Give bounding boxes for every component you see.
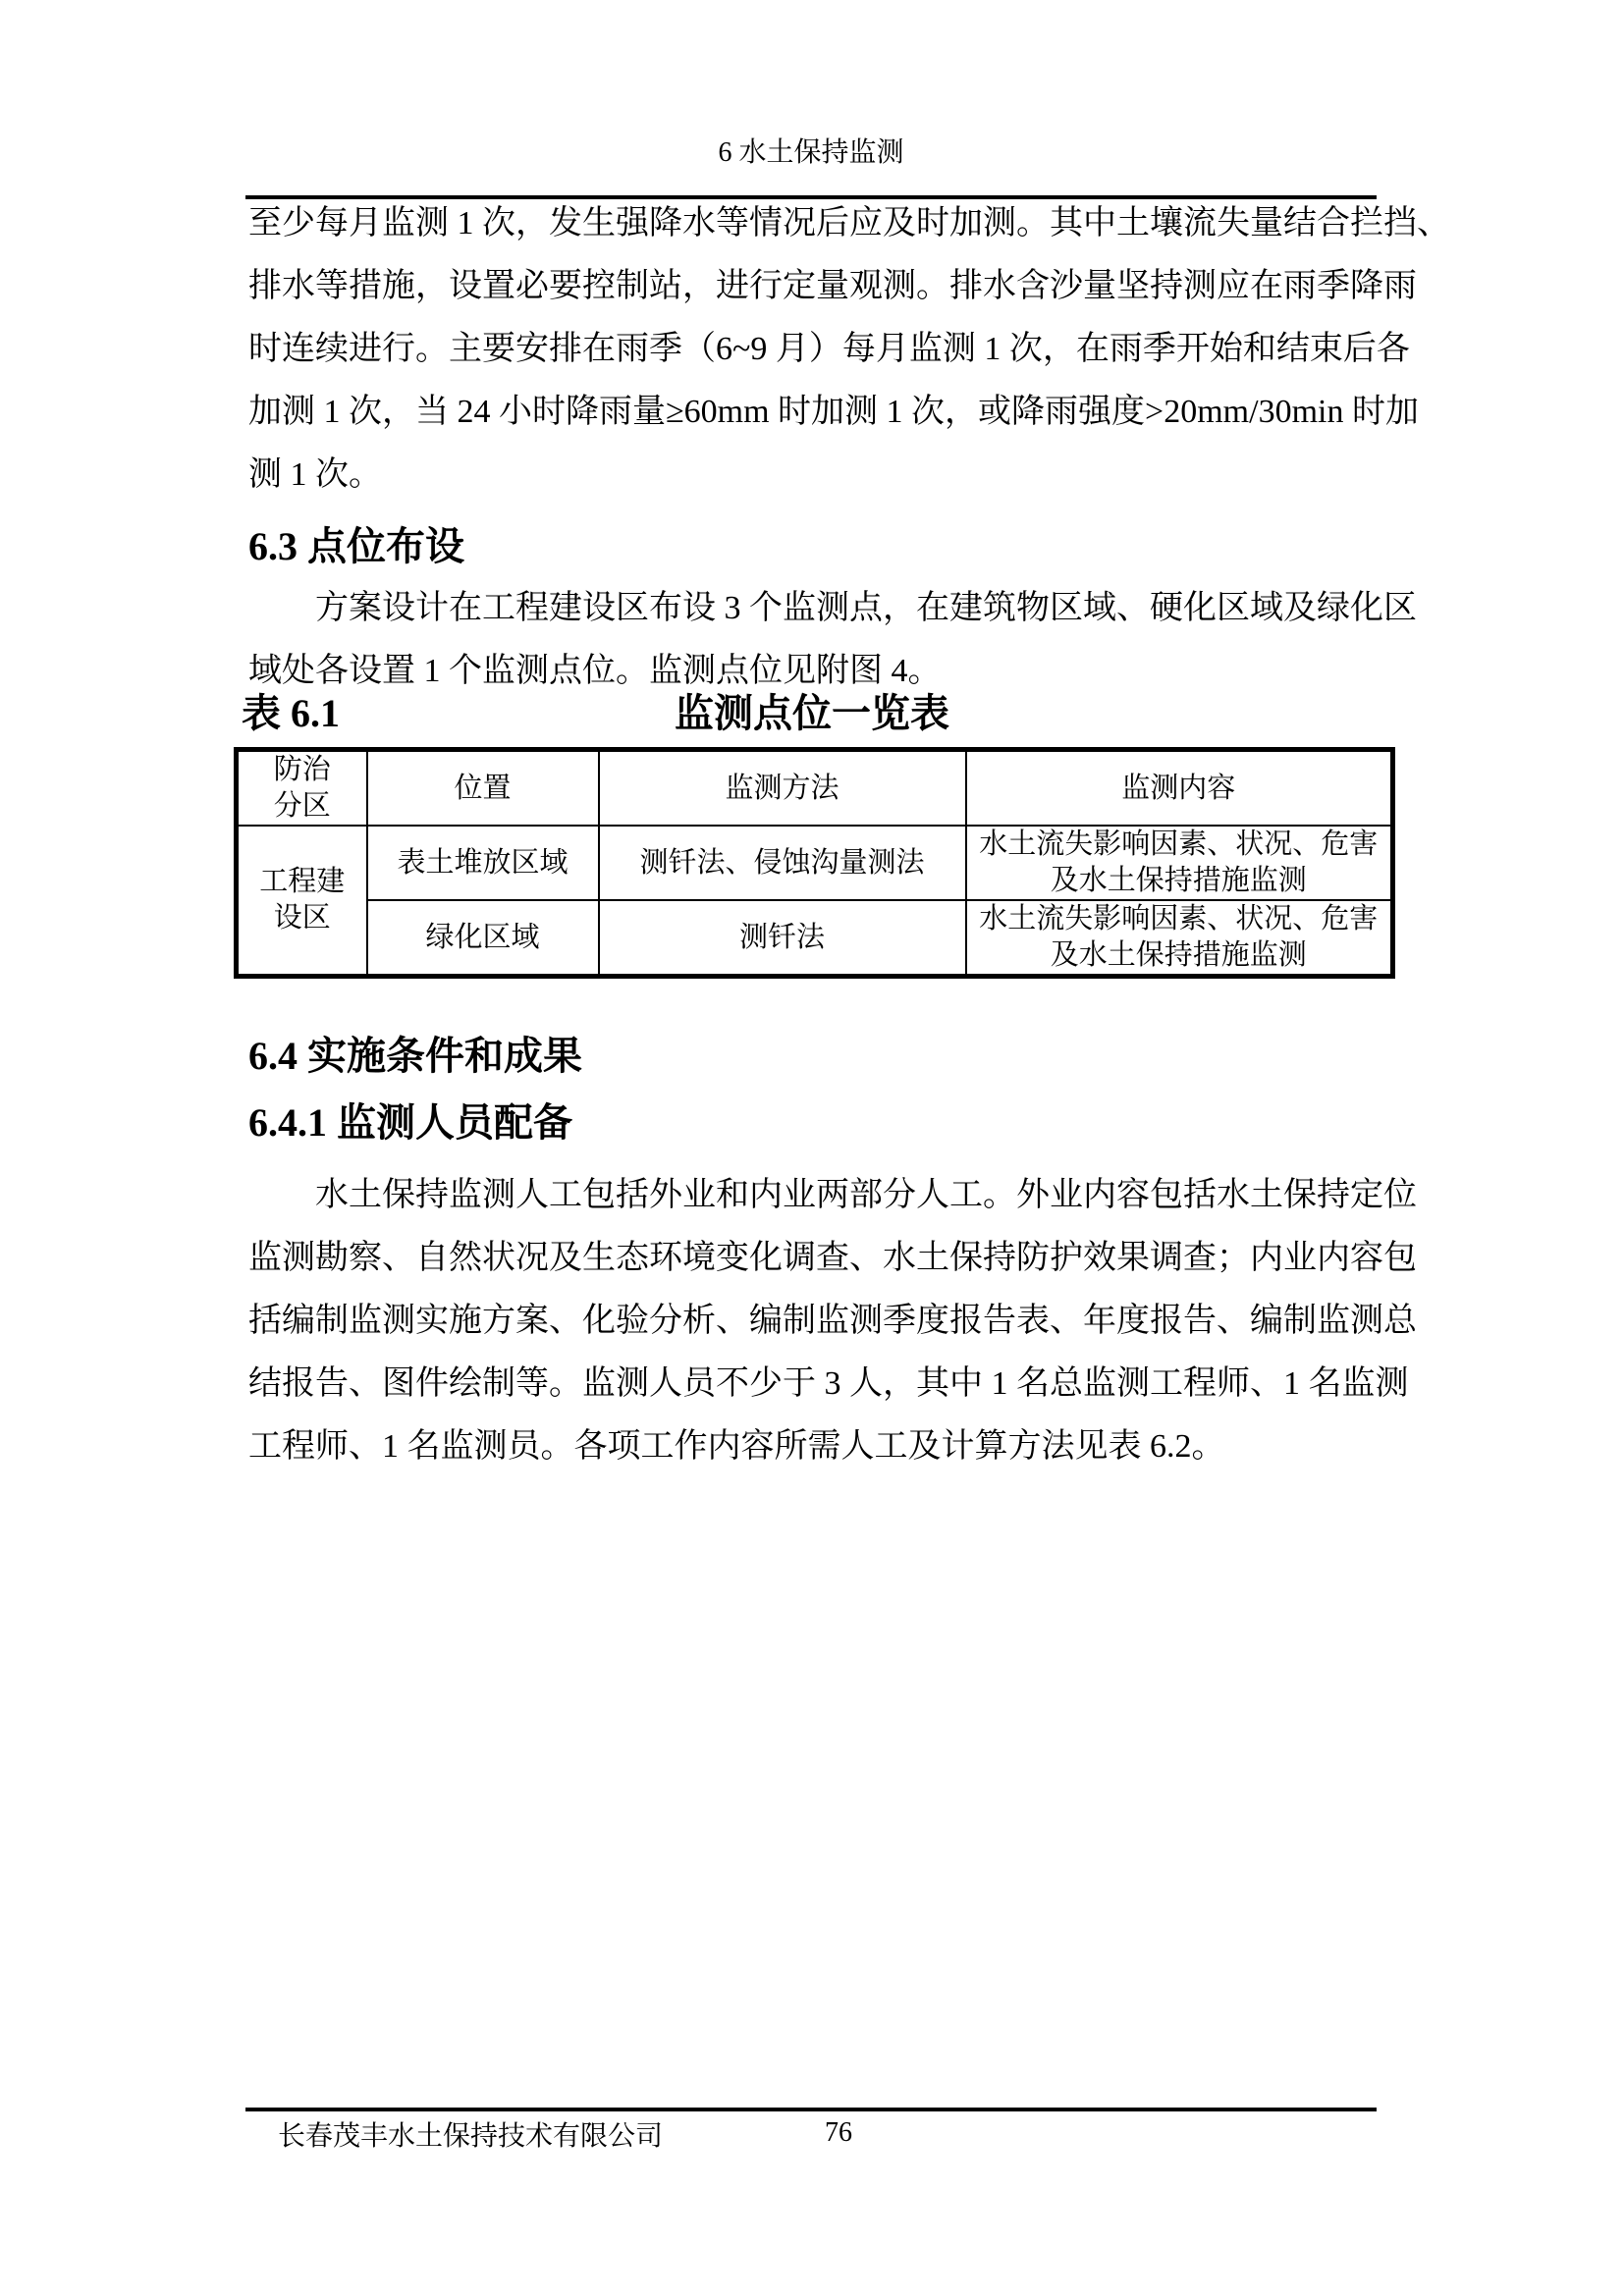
col-header-method: 监测方法 bbox=[599, 750, 966, 827]
text-line: 括编制监测实施方案、化验分析、编制监测季度报告表、年度报告、编制监测总 bbox=[248, 1290, 1375, 1353]
section-heading-6-4: 6.4 实施条件和成果 bbox=[248, 1033, 582, 1080]
col-header-zone: 防治 分区 bbox=[237, 750, 367, 827]
text-line: 监测勘察、自然状况及生态环境变化调查、水土保持防护效果调查；内业内容包 bbox=[248, 1227, 1375, 1290]
text-line: 至少每月监测 1 次，发生强降水等情况后应及时加测。其中土壤流失量结合拦挡、 bbox=[248, 192, 1375, 255]
text-line: 方案设计在工程建设区布设 3 个监测点，在建筑物区域、硬化区域及绿化区 bbox=[248, 577, 1375, 640]
monitoring-points-table: 防治 分区 位置 监测方法 监测内容 工程建 设区 表土堆放区域 测钎法、侵蚀沟… bbox=[234, 747, 1395, 979]
cell-location: 表土堆放区域 bbox=[367, 826, 599, 900]
table-caption-title: 监测点位一览表 bbox=[234, 688, 1390, 739]
text-line: 工程师、1 名监测员。各项工作内容所需人工及计算方法见表 6.2。 bbox=[248, 1415, 1375, 1478]
table-caption: 表 6.1 监测点位一览表 bbox=[234, 688, 1390, 739]
text-line: 结报告、图件绘制等。监测人员不少于 3 人，其中 1 名总监测工程师、1 名监测 bbox=[248, 1353, 1375, 1415]
cell-content: 水土流失影响因素、状况、危害 及水土保持措施监测 bbox=[966, 900, 1393, 977]
text-line: 排水等措施，设置必要控制站，进行定量观测。排水含沙量坚持测应在雨季降雨 bbox=[248, 255, 1375, 318]
footer-rule bbox=[245, 2108, 1377, 2111]
paragraph-point-layout: 方案设计在工程建设区布设 3 个监测点，在建筑物区域、硬化区域及绿化区 域处各设… bbox=[248, 577, 1375, 703]
footer-company-name: 长春茂丰水土保持技术有限公司 bbox=[278, 2117, 663, 2157]
text-line: 加测 1 次，当 24 小时降雨量≥60mm 时加测 1 次，或降雨强度>20m… bbox=[248, 381, 1375, 444]
page-number: 76 bbox=[825, 2113, 852, 2153]
cell-method: 测钎法、侵蚀沟量测法 bbox=[599, 826, 966, 900]
table-header-row: 防治 分区 位置 监测方法 监测内容 bbox=[237, 750, 1393, 827]
cell-content: 水土流失影响因素、状况、危害 及水土保持措施监测 bbox=[966, 826, 1393, 900]
section-heading-6-3: 6.3 点位布设 bbox=[248, 523, 464, 570]
cell-zone: 工程建 设区 bbox=[237, 826, 367, 977]
text-line: 测 1 次。 bbox=[248, 444, 1375, 507]
cell-method: 测钎法 bbox=[599, 900, 966, 977]
paragraph-personnel: 水土保持监测人工包括外业和内业两部分人工。外业内容包括水土保持定位 监测勘察、自… bbox=[248, 1164, 1375, 1478]
page-header-title: 6 水土保持监测 bbox=[245, 135, 1377, 171]
paragraph-monitoring-frequency: 至少每月监测 1 次，发生强降水等情况后应及时加测。其中土壤流失量结合拦挡、 排… bbox=[248, 192, 1375, 507]
table-row: 工程建 设区 表土堆放区域 测钎法、侵蚀沟量测法 水土流失影响因素、状况、危害 … bbox=[237, 826, 1393, 900]
text-line: 时连续进行。主要安排在雨季（6~9 月）每月监测 1 次，在雨季开始和结束后各 bbox=[248, 318, 1375, 381]
section-heading-6-4-1: 6.4.1 监测人员配备 bbox=[248, 1099, 572, 1147]
table-row: 绿化区域 测钎法 水土流失影响因素、状况、危害 及水土保持措施监测 bbox=[237, 900, 1393, 977]
document-page: 6 水土保持监测 至少每月监测 1 次，发生强降水等情况后应及时加测。其中土壤流… bbox=[0, 0, 1624, 2296]
col-header-content: 监测内容 bbox=[966, 750, 1393, 827]
text-line: 水土保持监测人工包括外业和内业两部分人工。外业内容包括水土保持定位 bbox=[248, 1164, 1375, 1227]
col-header-location: 位置 bbox=[367, 750, 599, 827]
cell-location: 绿化区域 bbox=[367, 900, 599, 977]
